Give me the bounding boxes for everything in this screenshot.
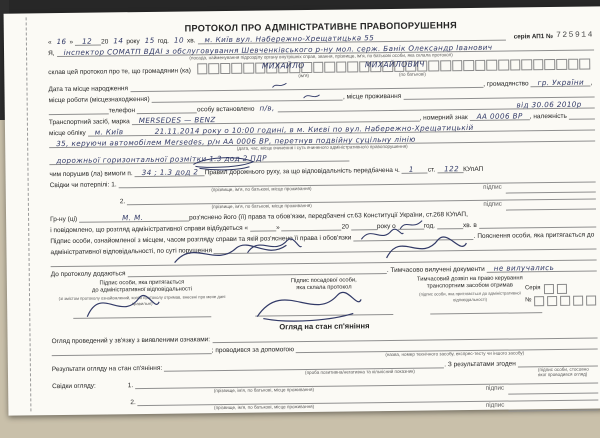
signature-scribble <box>398 219 424 231</box>
established-label: особу встановлено <box>197 106 257 114</box>
identity-date-handwritten: від 30.06 2010р <box>513 100 584 110</box>
signature-label: підпис <box>473 184 506 190</box>
citizenship-handwritten: гр. України <box>535 78 587 88</box>
mid-title-2: яка склала протокол <box>233 284 415 293</box>
series-number: 725914 <box>556 30 594 39</box>
violation-article-handwritten: 122 <box>441 164 462 173</box>
perforation-line <box>26 17 32 411</box>
work-label: місце роботи (місцезнаходження) <box>49 96 152 104</box>
attach-p1: До протоколу додаються <box>51 270 128 278</box>
permit-series-box: Серія № <box>525 274 597 315</box>
ownership-label: , належність <box>530 113 569 120</box>
account-label: місце обліку <box>49 130 88 137</box>
attach-p2: . Тимчасово вилучені документи <box>387 266 487 274</box>
agree-caption: (підпис особи, стосовно якої проводився … <box>538 366 598 373</box>
ink-mark <box>302 92 322 100</box>
birth-label: Дата та місце народження <box>48 85 130 93</box>
rights-p6: год. <box>424 222 437 229</box>
plate-handwritten: АА 0006 ВР <box>474 111 526 121</box>
patronymic-handwritten: МИХАЙЛОВИЧ <box>362 59 428 69</box>
rights-p7: хв. в <box>463 222 479 229</box>
account-city-handwritten: м. Київ <box>92 127 127 136</box>
year-prefix: 20 <box>101 38 110 45</box>
day-handwritten: 16 <box>53 37 69 46</box>
vehicle-label: Транспортний засіб, марка <box>49 118 132 126</box>
famil-p2: . Пояснення особи, яка притягається до <box>474 231 597 239</box>
officer-signature-column: Підпис посадової особи, яка склала прото… <box>233 277 415 319</box>
initials-handwritten: М. М. <box>119 213 146 222</box>
rights-p1: Гр-ну (ці) <box>50 216 79 223</box>
plate-label: , номерний знак <box>419 114 469 122</box>
month-handwritten: 12 <box>79 37 95 46</box>
citizenship-label: , громадянство <box>483 80 531 88</box>
offender-signature-column: Підпис особи, яка притягається до адміні… <box>51 279 233 321</box>
signature-label-2: підпис <box>473 201 506 207</box>
signature-columns: Підпис особи, яка притягається до адміні… <box>51 274 597 321</box>
hod-label: год. <box>158 38 171 45</box>
violation-p1: чим порушив (ла) вимоги п. <box>49 170 134 178</box>
exam-signature-label-2: підпис <box>476 402 509 408</box>
khv-label: хв. <box>187 37 198 44</box>
residence-label: , місце проживання <box>343 93 403 101</box>
seized-docs-handwritten: не вилучались <box>491 263 558 273</box>
firstname-caption: (ім'я) <box>298 73 309 78</box>
patronymic-caption: (по батькові) <box>399 72 426 77</box>
rights-p5: року о <box>377 223 398 230</box>
violation-points-handwritten: 34 ; 1.3 дод 2 <box>139 167 202 177</box>
hour-handwritten: 15 <box>142 36 158 45</box>
phone-label: телефон <box>109 107 137 114</box>
right-title-2: транспортним засобом отримав <box>415 283 525 292</box>
form-content: ПРОТОКОЛ ПРО АДМІНІСТРАТИВНЕ ПРАВОПОРУШЕ… <box>48 12 599 413</box>
series-label: серія АП1 № <box>514 33 553 40</box>
roku-label: року <box>126 38 141 45</box>
violation-p3: ст. <box>428 166 437 173</box>
year-handwritten: 14 <box>110 36 126 45</box>
established-handwritten: п/в, <box>256 103 277 112</box>
exam-signature-label: підпис <box>476 385 509 391</box>
right-fine-print: (підпис особи, яка притягається до адмін… <box>415 291 525 303</box>
protocol-form-sheet: ПРОТОКОЛ ПРО АДМІНІСТРАТИВНЕ ПРАВОПОРУШЕ… <box>4 6 600 415</box>
temp-permit-column: Тимчасовий дозвіл на право керування тра… <box>415 274 597 316</box>
vehicle-brand-handwritten: MERSEDES — BENZ <box>136 115 219 125</box>
rights-p4: 20 <box>342 223 351 230</box>
firstname-handwritten: МИХАЙЛО <box>259 60 308 70</box>
seriya-label: Серія <box>525 285 541 293</box>
birth-tail: , <box>591 79 595 86</box>
ya-label: Я, <box>48 50 57 57</box>
number-label: № <box>525 298 532 306</box>
violation-part-handwritten: 1 <box>406 165 417 174</box>
violation-p4: КУпАП <box>463 166 485 173</box>
minute-handwritten: 10 <box>171 35 187 44</box>
left-fine-print: (зі змістом протоколу ознайомлений, копі… <box>51 294 233 307</box>
ink-mark <box>270 81 288 89</box>
